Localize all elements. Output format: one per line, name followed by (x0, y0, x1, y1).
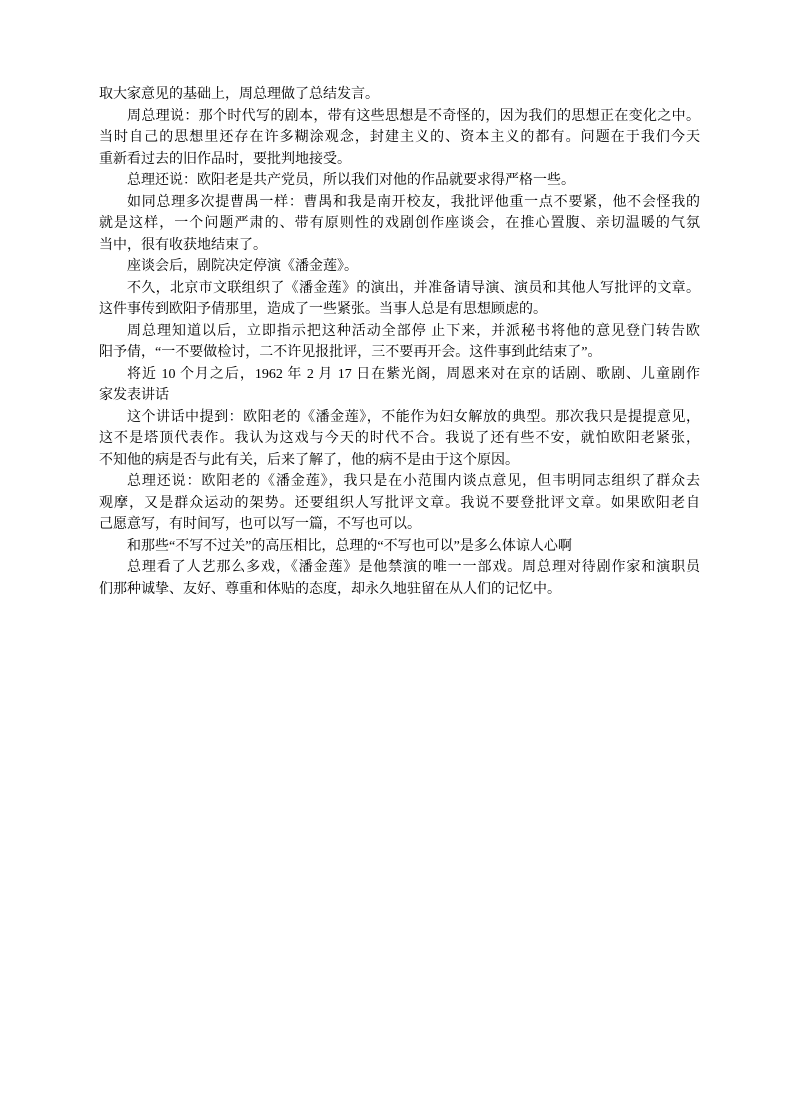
text-line: 总理还说：欧阳老的《潘金莲》，我只是在小范围内谈点意见，但韦明同志组织了群众去 (99, 471, 700, 493)
text-line: 当时自己的思想里还存在许多糊涂观念，封建主义的、资本主义的都有。问题在于我们今天 (99, 127, 700, 149)
text-line: 就是这样，一个问题严肃的、带有原则性的戏剧创作座谈会，在推心置腹、亲切温暖的气氛 (99, 213, 700, 235)
text-line: 周总理知道以后，立即指示把这种活动全部停 止下来，并派秘书将他的意见登门转告欧 (99, 321, 700, 343)
text-line: 阳予倩，“一不要做检讨，二不许见报批评，三不要再开会。这件事到此结束了”。 (99, 342, 700, 364)
text-line: 将近 10 个月之后，1962 年 2 月 17 日在紫光阁，周恩来对在京的话剧… (99, 364, 700, 386)
text-line: 们那种诚挚、友好、尊重和体贴的态度，却永久地驻留在从人们的记忆中。 (99, 579, 700, 601)
text-line: 座谈会后，剧院决定停演《潘金莲》。 (99, 256, 700, 278)
text-line: 周总理说：那个时代写的剧本，带有这些思想是不奇怪的，因为我们的思想正在变化之中。 (99, 106, 700, 128)
text-line: 不知他的病是否与此有关，后来了解了，他的病不是由于这个原因。 (99, 450, 700, 472)
text-line: 取大家意见的基础上，周总理做了总结发言。 (99, 84, 700, 106)
text-line: 这件事传到欧阳予倩那里，造成了一些紧张。当事人总是有思想顾虑的。 (99, 299, 700, 321)
text-line: 观摩，又是群众运动的架势。还要组织人写批评文章。我说不要登批评文章。如果欧阳老自 (99, 493, 700, 515)
text-line: 总理看了人艺那么多戏，《潘金莲》是他禁演的唯一一部戏。周总理对待剧作家和演职员 (99, 557, 700, 579)
text-line: 重新看过去的旧作品时，要批判地接受。 (99, 149, 700, 171)
text-line: 这个讲话中提到：欧阳老的《潘金莲》，不能作为妇女解放的典型。那次我只是提提意见， (99, 407, 700, 429)
text-line: 和那些“不写不过关”的高压相比，总理的“不写也可以”是多么体谅人心啊 (99, 536, 700, 558)
document-page: 取大家意见的基础上，周总理做了总结发言。周总理说：那个时代写的剧本，带有这些思想… (0, 0, 800, 1100)
text-line: 当中，很有收获地结束了。 (99, 235, 700, 257)
text-line: 总理还说：欧阳老是共产党员，所以我们对他的作品就要求得严格一些。 (99, 170, 700, 192)
text-line: 这不是塔顶代表作。我认为这戏与今天的时代不合。我说了还有些不安，就怕欧阳老紧张， (99, 428, 700, 450)
text-line: 不久，北京市文联组织了《潘金莲》的演出，并准备请导演、演员和其他人写批评的文章。 (99, 278, 700, 300)
text-line: 如同总理多次提曹禺一样：曹禺和我是南开校友，我批评他重一点不要紧，他不会怪我的 (99, 192, 700, 214)
text-line: 家发表讲话 (99, 385, 700, 407)
text-line: 己愿意写，有时间写，也可以写一篇，不写也可以。 (99, 514, 700, 536)
document-text-block: 取大家意见的基础上，周总理做了总结发言。周总理说：那个时代写的剧本，带有这些思想… (99, 84, 700, 600)
